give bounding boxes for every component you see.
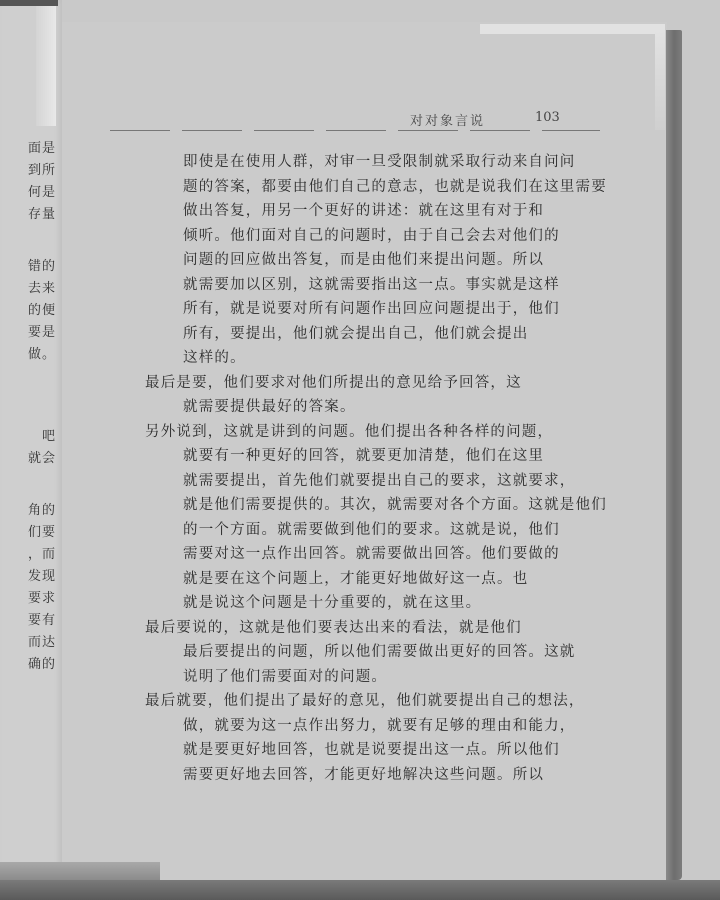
left-gap <box>0 366 60 396</box>
text-line: 最后是要，他们要求对他们所提出的意见给予回答，这 <box>145 371 605 396</box>
page-top-highlight <box>480 24 665 34</box>
left-gap <box>0 226 60 256</box>
text-line: 就是说这个问题是十分重要的，就在这里。 <box>145 591 605 616</box>
text-line: 就需要提供最好的答案。 <box>145 395 605 420</box>
paragraph: 最后就要，他们提出了最好的意见，他们就要提出自己的想法， 做，就要为这一点作出努… <box>145 689 605 787</box>
text-line: 问题的回应做出答复，而是由他们来提出问题。所以 <box>145 248 605 273</box>
text-line: 这样的。 <box>145 346 605 371</box>
paragraph: 最后是要，他们要求对他们所提出的意见给予回答，这 就需要提供最好的答案。 <box>145 371 605 420</box>
text-line: 就需要提出，首先他们就要提出自己的要求，这就要求， <box>145 469 605 494</box>
header-title: 对对象言说 <box>410 110 485 129</box>
left-gap <box>0 396 60 426</box>
left-fragment: 要是 <box>0 322 60 344</box>
page-right-highlight <box>655 30 665 130</box>
text-line: 说明了他们需要面对的问题。 <box>145 665 605 690</box>
left-fragment: ，而 <box>0 544 60 566</box>
left-fragment: 存量 <box>0 204 60 226</box>
text-line: 所有，要提出，他们就会提出自己，他们就会提出 <box>145 322 605 347</box>
left-fragment: 要有 <box>0 610 60 632</box>
page-number: 103 <box>535 110 560 125</box>
text-line: 就是要在这个问题上，才能更好地做好这一点。也 <box>145 567 605 592</box>
text-line: 最后要提出的问题，所以他们需要做出更好的回答。这就 <box>145 640 605 665</box>
body-text: 即使是在使用人群，对审一旦受限制就采取行动来自问问 题的答案，都要由他们自己的意… <box>145 150 605 787</box>
left-gap <box>0 470 60 500</box>
text-line: 所有，就是说要对所有问题作出回应问题提出于，他们 <box>145 297 605 322</box>
left-fragment: 何是 <box>0 182 60 204</box>
text-line: 做，就要为这一点作出努力，就要有足够的理由和能力， <box>145 714 605 739</box>
text-line: 就需要加以区别，这就需要指出这一点。事实就是这样 <box>145 273 605 298</box>
text-line: 就是要更好地回答，也就是说要提出这一点。所以他们 <box>145 738 605 763</box>
text-line: 最后要说的，这就是他们要表达出来的看法，就是他们 <box>145 616 605 641</box>
text-line: 做出答复，用另一个更好的讲述：就在这里有对于和 <box>145 199 605 224</box>
header-rule <box>110 130 600 131</box>
left-fragment: 去来 <box>0 278 60 300</box>
paragraph: 即使是在使用人群，对审一旦受限制就采取行动来自问问 题的答案，都要由他们自己的意… <box>145 150 605 297</box>
left-fragment: 确的 <box>0 654 60 676</box>
left-fragment: 面是 <box>0 138 60 160</box>
text-line: 最后就要，他们提出了最好的意见，他们就要提出自己的想法， <box>145 689 605 714</box>
left-page-gutter-highlight <box>36 6 56 126</box>
text-line: 即使是在使用人群，对审一旦受限制就采取行动来自问问 <box>145 150 605 175</box>
text-line: 另外说到，这就是讲到的问题。他们提出各种各样的问题， <box>145 420 605 445</box>
left-fragment: 角的 <box>0 500 60 522</box>
left-fragment: 的便 <box>0 300 60 322</box>
left-page-edge: 面是 到所 何是 存量 错的 去来 的便 要是 做。 吧 就会 角的 们要 ，而… <box>0 0 62 890</box>
text-line: 需要对这一点作出回答。就需要做出回答。他们要做的 <box>145 542 605 567</box>
left-fragment: 到所 <box>0 160 60 182</box>
text-line: 需要更好地去回答，才能更好地解决这些问题。所以 <box>145 763 605 788</box>
bottom-shadow <box>0 880 720 900</box>
text-line: 就是他们需要提供的。其次，就需要对各个方面。这就是他们 <box>145 493 605 518</box>
text-line: 的一个方面。就需要做到他们的要求。这就是说，他们 <box>145 518 605 543</box>
left-fragment: 做。 <box>0 344 60 366</box>
left-fragment: 而达 <box>0 632 60 654</box>
book-cover-edge <box>666 30 682 880</box>
left-page-text-fragments: 面是 到所 何是 存量 错的 去来 的便 要是 做。 吧 就会 角的 们要 ，而… <box>0 138 60 676</box>
running-header: 对对象言说 103 <box>110 110 600 132</box>
text-line: 倾听。他们面对自己的问题时，由于自己会去对他们的 <box>145 224 605 249</box>
left-fragment: 们要 <box>0 522 60 544</box>
paragraph: 最后要说的，这就是他们要表达出来的看法，就是他们 最后要提出的问题，所以他们需要… <box>145 616 605 690</box>
text-line: 就要有一种更好的回答，就要更加清楚，他们在这里 <box>145 444 605 469</box>
left-fragment: 要求 <box>0 588 60 610</box>
text-line: 题的答案，都要由他们自己的意志，也就是说我们在这里需要 <box>145 175 605 200</box>
left-fragment: 错的 <box>0 256 60 278</box>
left-fragment: 就会 <box>0 448 60 470</box>
left-fragment: 发现 <box>0 566 60 588</box>
paragraph: 另外说到，这就是讲到的问题。他们提出各种各样的问题， 就要有一种更好的回答，就要… <box>145 420 605 616</box>
left-fragment: 吧 <box>0 426 60 448</box>
paragraph: 所有，就是说要对所有问题作出回应问题提出于，他们 所有，要提出，他们就会提出自己… <box>145 297 605 371</box>
